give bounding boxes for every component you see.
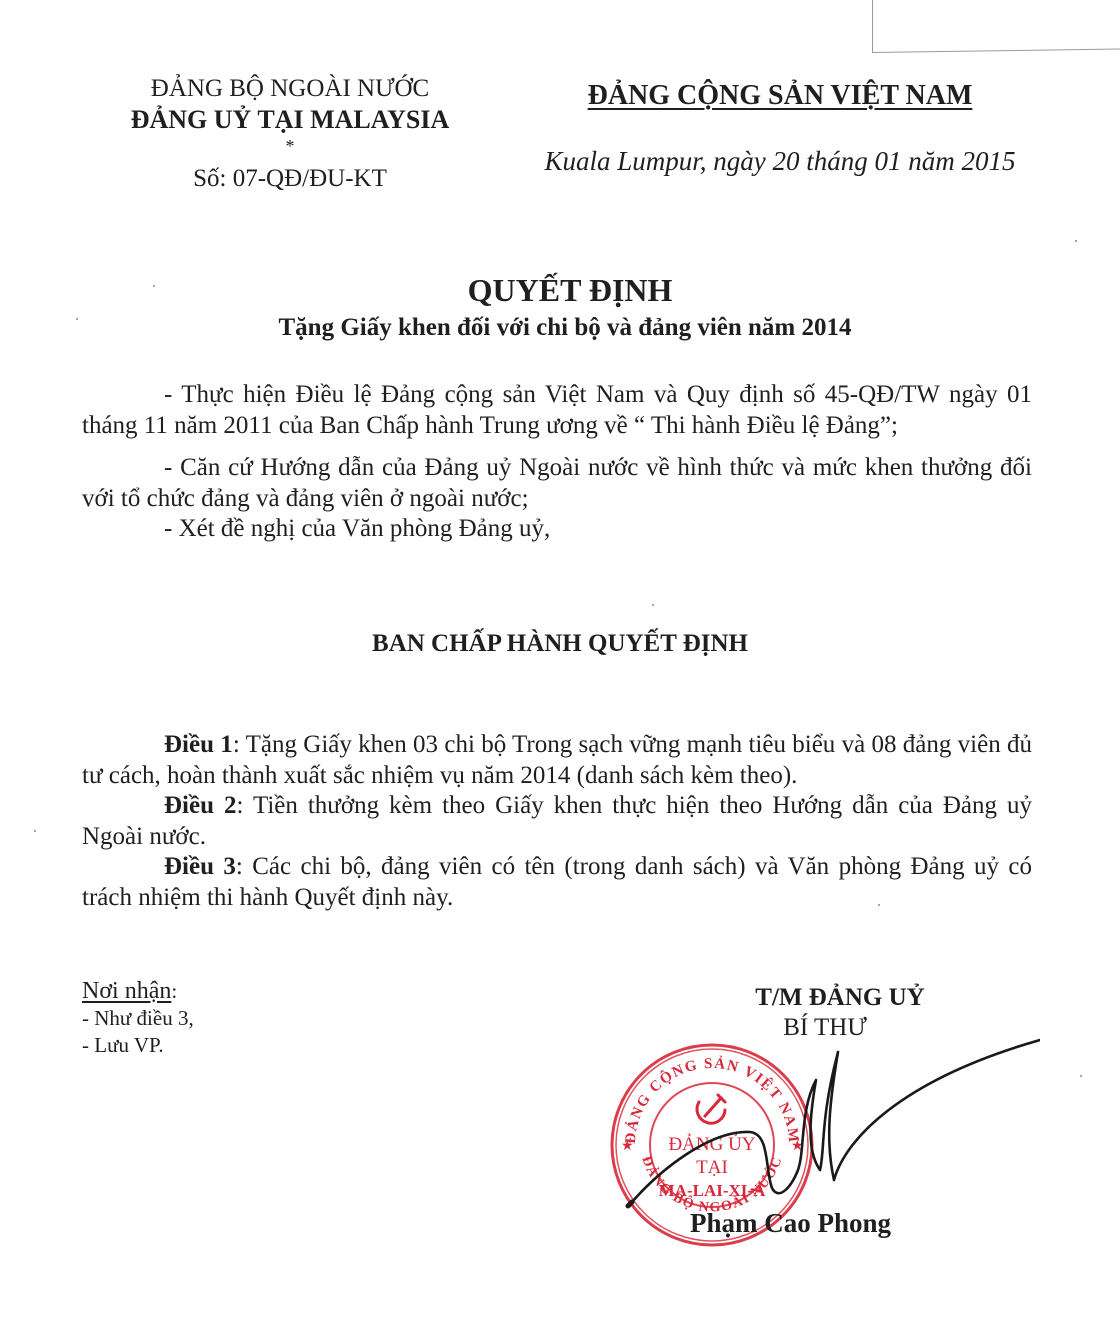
scan-speck bbox=[652, 604, 654, 606]
signer-name: Phạm Cao Phong bbox=[690, 1208, 891, 1239]
issuing-unit: ĐẢNG UỶ TẠI MALAYSIA bbox=[80, 104, 500, 136]
national-header-block: ĐẢNG CỘNG SẢN VIỆT NAM Kuala Lumpur, ngà… bbox=[510, 76, 1050, 178]
recipient-item: - Lưu VP. bbox=[82, 1032, 194, 1059]
article-2: Điều 2: Tiền thưởng kèm theo Giấy khen t… bbox=[82, 791, 1032, 852]
handwritten-signature-icon bbox=[620, 1020, 1040, 1220]
scan-speck bbox=[34, 830, 36, 832]
scan-speck bbox=[76, 318, 78, 320]
issuing-authority-block: ĐẢNG BỘ NGOÀI NƯỚC ĐẢNG UỶ TẠI MALAYSIA … bbox=[80, 74, 500, 196]
document-subtitle: Tặng Giấy khen đối với chi bộ và đảng vi… bbox=[0, 312, 1120, 344]
scan-speck bbox=[1075, 240, 1077, 242]
preamble-item: - Thực hiện Điều lệ Đảng cộng sản Việt N… bbox=[82, 380, 1032, 441]
place-date: Kuala Lumpur, ngày 20 tháng 01 năm 2015 bbox=[510, 144, 1050, 178]
article-3: Điều 3: Các chi bộ, đảng viên có tên (tr… bbox=[82, 852, 1032, 913]
scan-speck bbox=[1080, 1075, 1082, 1077]
article-1: Điều 1: Tặng Giấy khen 03 chi bộ Trong s… bbox=[82, 730, 1032, 791]
recipients-label: Nơi nhận bbox=[82, 978, 171, 1004]
scan-speck bbox=[153, 285, 155, 287]
council-heading: BAN CHẤP HÀNH QUYẾT ĐỊNH bbox=[0, 630, 1120, 658]
preamble: - Thực hiện Điều lệ Đảng cộng sản Việt N… bbox=[82, 380, 1032, 545]
on-behalf-title: T/M ĐẢNG UỶ bbox=[660, 983, 950, 1013]
article-label: Điều 1 bbox=[164, 731, 233, 758]
document-title: QUYẾT ĐỊNH bbox=[0, 270, 1120, 310]
articles: Điều 1: Tặng Giấy khen 03 chi bộ Trong s… bbox=[82, 730, 1032, 913]
article-label: Điều 3 bbox=[164, 853, 236, 880]
party-name: ĐẢNG CỘNG SẢN VIỆT NAM bbox=[510, 76, 1050, 116]
parent-organization: ĐẢNG BỘ NGOÀI NƯỚC bbox=[80, 74, 500, 104]
article-label: Điều 2 bbox=[164, 792, 236, 819]
preamble-item: - Căn cứ Hướng dẫn của Đảng uỷ Ngoài nướ… bbox=[82, 453, 1032, 514]
document-title-block: QUYẾT ĐỊNH Tặng Giấy khen đối với chi bộ… bbox=[0, 270, 1120, 344]
recipients-block: Nơi nhận: - Như điều 3, - Lưu VP. bbox=[82, 978, 194, 1059]
scan-corner-mark bbox=[872, 0, 1120, 53]
scan-speck bbox=[878, 904, 880, 906]
recipients-label-suffix: : bbox=[171, 979, 177, 1003]
recipient-item: - Như điều 3, bbox=[82, 1005, 194, 1032]
separator-star: * bbox=[80, 136, 500, 156]
preamble-item: - Xét đề nghị của Văn phòng Đảng uỷ, bbox=[82, 514, 1032, 545]
document-number: Số: 07-QĐ/ĐU-KT bbox=[80, 162, 500, 196]
